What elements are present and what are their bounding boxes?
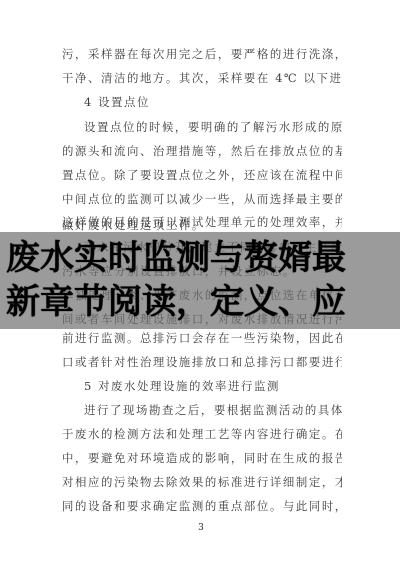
- paragraph-line: 污，采样器在每次用完之后，要严格的进行洗涤，再置放于: [62, 47, 342, 61]
- paragraph-line: 前进行监测。总排污口会存在一些污染物，因此在车间排放: [62, 331, 342, 345]
- paragraph-line: 对相应的污染物去除效果的标准进行详细制定，才能根据不: [62, 475, 342, 489]
- banner-title-line-1: 废水实时监测与赘婿最: [6, 238, 400, 278]
- section-heading-4: 4 设置点位: [84, 95, 364, 109]
- paragraph-line: 于废水的检测方法和处理工艺等内容进行确定。在这个过程: [62, 427, 342, 441]
- paragraph-line: 同的设备和要求确定监测的重点部位。与此同时，也是提高: [62, 499, 342, 513]
- paragraph-line: 设置点位的时候，要明确的了解污水形成的原因、污水: [84, 120, 342, 134]
- paragraph-line: 的源头和流向、治理措施等，然后在排放点位的基础之上设: [62, 144, 342, 158]
- title-banner: 雨水和污水要分开，建立不同的排口。生产废水、生活 污水等应分别设置排放口，并设立…: [0, 232, 400, 329]
- page-number: 3: [196, 522, 206, 534]
- paragraph-line: 进行了现场勘查之后，要根据监测活动的具体要求，对: [84, 403, 342, 417]
- banner-title-line-2: 新章节阅读，定义、应: [6, 282, 400, 322]
- paragraph-line: 中，要避免对环境造成的影响，同时在生成的报告中也需要: [62, 451, 342, 465]
- section-heading-5: 5 对废水处理设施的效率进行监测: [84, 379, 364, 393]
- paragraph-line: 置点位。除了要设置点位之外，还应该在流程中间增设点位，: [62, 168, 342, 182]
- document-page: 污，采样器在每次用完之后，要严格的进行洗涤，再置放于 干净、清洁的地方。其次，采…: [0, 0, 400, 565]
- paragraph-line: 干净、清洁的地方。其次，采样要在 4℃ 以下进行保存。: [62, 71, 342, 85]
- paragraph-line: 做好废水处理这项工作。: [62, 218, 342, 232]
- paragraph-line: 中间点位的监测可以减少一些，从而选择最主要的污染原因。: [62, 192, 342, 206]
- paragraph-line: 口或者针对性治理设施排放口和总排污口都要进行监测。: [62, 355, 342, 369]
